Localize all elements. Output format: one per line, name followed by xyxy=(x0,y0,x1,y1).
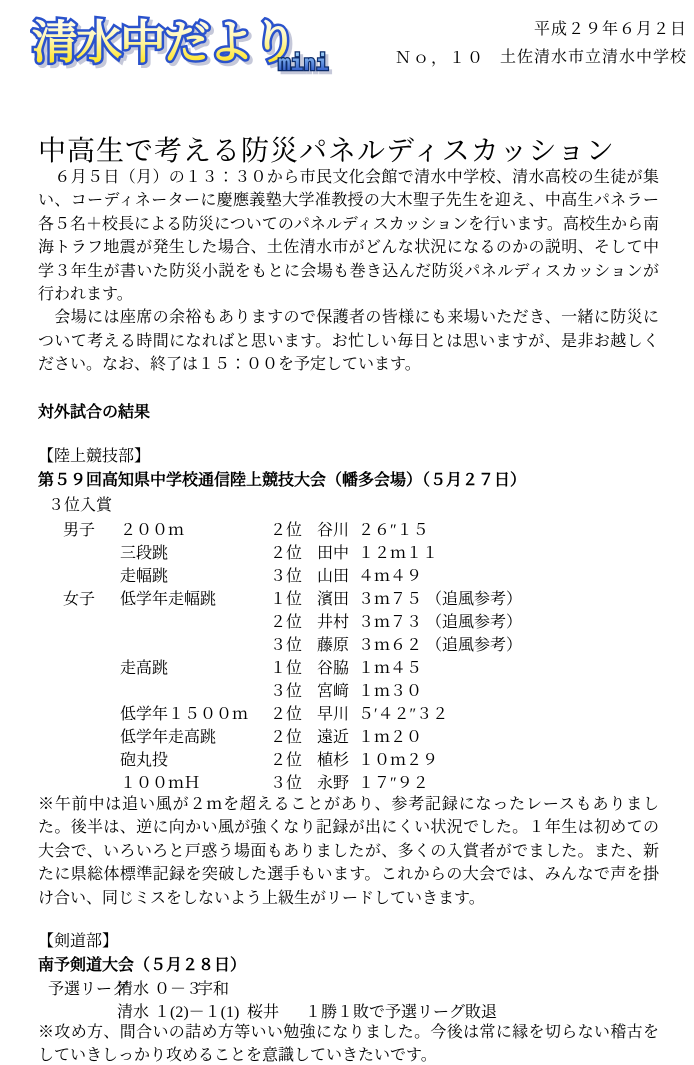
table-row: 走幅跳 ３位 山田 ４ｍ４９ xyxy=(38,563,659,586)
table-row: ２位 井村 ３ｍ７３ （追風参考） xyxy=(38,609,659,632)
cell-event: １００ｍＨ xyxy=(120,770,200,793)
cell-rank: ３位 xyxy=(270,563,302,586)
cell-rank: ２位 xyxy=(270,701,302,724)
cell-name: 田中 xyxy=(317,540,349,563)
table-row: 予選リーグ 清水 ０－３ 宇和 xyxy=(38,976,659,999)
cell-record: １ｍ２０ xyxy=(358,724,422,747)
cell-name: 永野 xyxy=(317,770,349,793)
kendo-note: ※攻め方、間合いの詰め方等いい勉強になりました。今後は常に縁を切らない稽古をして… xyxy=(38,1021,659,1065)
cell-name: 谷川 xyxy=(317,517,349,540)
newsletter-page: 清水中だより mini Ｎｏ，１０ 平成２９年６月２日 土佐清水市立清水中学校 … xyxy=(0,0,694,1065)
cell-event: ２００ｍ xyxy=(120,517,184,540)
article-title: 中高生で考える防災パネルディスカッション xyxy=(38,129,615,169)
athletics-results-table: 男子 ２００ｍ ２位 谷川 ２６″１５ 三段跳 ２位 田中 １２ｍ１１ 走幅跳 … xyxy=(38,517,659,793)
table-row: 砲丸投 ２位 植杉 １０ｍ２９ xyxy=(38,747,659,770)
cell-record: １７″９２ xyxy=(358,770,429,793)
cell-team: 清水 xyxy=(117,976,149,999)
cell-name: 山田 xyxy=(317,563,349,586)
cell-name: 早川 xyxy=(317,701,349,724)
cell-score: ０－３ xyxy=(154,976,202,999)
table-row: 低学年１５００ｍ ２位 早川 ５′４２″３２ xyxy=(38,701,659,724)
cell-event: 砲丸投 xyxy=(120,747,168,770)
table-row: 三段跳 ２位 田中 １２ｍ１１ xyxy=(38,540,659,563)
cell-record: １０ｍ２９ xyxy=(358,747,438,770)
cell-event: 低学年走幅跳 xyxy=(120,586,216,609)
newsletter-logo: 清水中だより mini xyxy=(30,4,340,78)
table-row: 低学年走高跳 ２位 遠近 １ｍ２０ xyxy=(38,724,659,747)
kendo-meet-title: 南予剣道大会（５月２８日） xyxy=(38,952,246,975)
athletics-sub-label: ３位入賞 xyxy=(48,492,112,515)
school-name: 土佐清水市立清水中学校 xyxy=(500,44,687,67)
athletics-meet-title: 第５９回高知県中学校通信陸上競技大会（幡多会場）（５月２７日） xyxy=(38,467,526,490)
cell-event: 走幅跳 xyxy=(120,563,168,586)
cell-rank: ３位 xyxy=(270,770,302,793)
cell-rank: ２位 xyxy=(270,747,302,770)
cell-event: 三段跳 xyxy=(120,540,168,563)
cell-record: ３ｍ７３ （追風参考） xyxy=(358,609,522,632)
cell-record: ３ｍ６２ （追風参考） xyxy=(358,632,522,655)
cell-result: １勝１敗で予選リーグ敗退 xyxy=(305,999,497,1022)
cell-record: ５′４２″３２ xyxy=(358,701,448,724)
cell-name: 植杉 xyxy=(317,747,349,770)
table-row: 走高跳 １位 谷脇 １ｍ４５ xyxy=(38,655,659,678)
cell-gender: 女子 xyxy=(63,586,95,609)
cell-score: １(2)－１(1) xyxy=(154,999,239,1022)
cell-event: 走高跳 xyxy=(120,655,168,678)
table-row: 女子 低学年走幅跳 １位 濱田 ３ｍ７５ （追風参考） xyxy=(38,586,659,609)
cell-name: 井村 xyxy=(317,609,349,632)
cell-record: ２６″１５ xyxy=(358,517,429,540)
cell-record: ３ｍ７５ （追風参考） xyxy=(358,586,522,609)
issue-date: 平成２９年６月２日 xyxy=(534,16,687,39)
cell-name: 藤原 xyxy=(317,632,349,655)
cell-gender: 男子 xyxy=(63,517,95,540)
cell-record: １ｍ４５ xyxy=(358,655,422,678)
issue-number: Ｎｏ，１０ xyxy=(395,45,485,68)
table-row: ３位 宮﨑 １ｍ３０ xyxy=(38,678,659,701)
article-paragraph-2: 会場には座席の余裕もありますので保護者の皆様にも来場いただき、一緒に防災について… xyxy=(38,306,659,376)
cell-league-label: 予選リーグ xyxy=(48,976,128,999)
table-row: １００ｍＨ ３位 永野 １７″９２ xyxy=(38,770,659,793)
cell-name: 濱田 xyxy=(317,586,349,609)
cell-record: １ｍ３０ xyxy=(358,678,422,701)
cell-rank: ２位 xyxy=(270,609,302,632)
kendo-results-table: 予選リーグ 清水 ０－３ 宇和 清水 １(2)－１(1) 桜井 １勝１敗で予選リ… xyxy=(38,976,659,1022)
cell-opponent: 桜井 xyxy=(247,999,279,1022)
cell-name: 遠近 xyxy=(317,724,349,747)
cell-rank: ３位 xyxy=(270,632,302,655)
article-paragraph-1: ６月５日（月）の１３：３０から市民文化会館で清水中学校、清水高校の生徒が集い、コ… xyxy=(38,166,659,306)
cell-name: 宮﨑 xyxy=(317,678,349,701)
table-row: ３位 藤原 ３ｍ６２ （追風参考） xyxy=(38,632,659,655)
cell-record: ４ｍ４９ xyxy=(358,563,422,586)
cell-team: 清水 xyxy=(117,999,149,1022)
cell-event: 低学年１５００ｍ xyxy=(120,701,248,724)
table-row: 清水 １(2)－１(1) 桜井 １勝１敗で予選リーグ敗退 xyxy=(38,999,659,1022)
cell-rank: ２位 xyxy=(270,517,302,540)
results-heading: 対外試合の結果 xyxy=(38,399,150,422)
logo-mini-text: mini xyxy=(278,51,329,75)
cell-opponent: 宇和 xyxy=(197,976,229,999)
cell-name: 谷脇 xyxy=(317,655,349,678)
cell-rank: ２位 xyxy=(270,724,302,747)
cell-rank: １位 xyxy=(270,586,302,609)
kendo-club-label: 【剣道部】 xyxy=(38,928,118,951)
logo-title-text: 清水中だより xyxy=(32,15,296,69)
cell-rank: １位 xyxy=(270,655,302,678)
table-row: 男子 ２００ｍ ２位 谷川 ２６″１５ xyxy=(38,517,659,540)
cell-rank: ３位 xyxy=(270,678,302,701)
athletics-club-label: 【陸上競技部】 xyxy=(38,443,150,466)
cell-event: 低学年走高跳 xyxy=(120,724,216,747)
cell-rank: ２位 xyxy=(270,540,302,563)
article-body: ６月５日（月）の１３：３０から市民文化会館で清水中学校、清水高校の生徒が集い、コ… xyxy=(38,166,659,377)
athletics-note: ※午前中は追い風が２ｍを超えることがあり、参考記録になったレースもありました。後… xyxy=(38,793,659,910)
cell-record: １２ｍ１１ xyxy=(358,540,438,563)
